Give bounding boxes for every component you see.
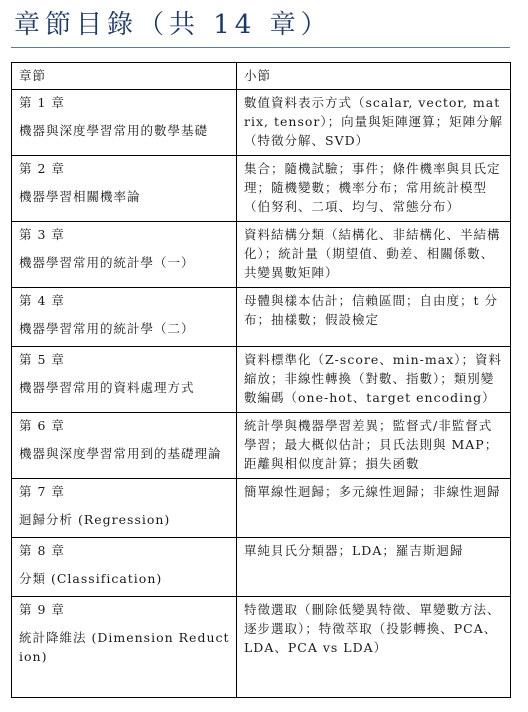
table-header-row: 章節 小節 (12, 63, 511, 90)
header-sections: 小節 (237, 63, 511, 90)
table-row: 第 7 章 迴歸分析 (Regression) 簡單線性迴歸；多元線性迴歸；非線… (12, 479, 511, 538)
chapter-number: 第 9 章 (19, 600, 230, 619)
chapter-number: 第 4 章 (19, 291, 230, 310)
chapter-title: 統計降維法 (Dimension Reduction) (19, 628, 230, 666)
chapter-cell: 第 8 章 分類 (Classification) (12, 538, 237, 597)
chapter-title: 機器學習相關機率論 (19, 187, 230, 206)
sections-cell: 統計學與機器學習差異；監督式/非監督式學習；最大概似估計；貝氏法則與 MAP；距… (237, 413, 511, 479)
sections-cell: 資料標準化（Z-score、min-max）；資料縮放；非線性轉換（對數、指數）… (237, 347, 511, 413)
chapter-title: 機器學習常用的統計學（一） (19, 253, 230, 272)
chapter-cell: 第 7 章 迴歸分析 (Regression) (12, 479, 237, 538)
table-row: 第 3 章 機器學習常用的統計學（一） 資料結構分類（結構化、非結構化、半結構化… (12, 222, 511, 288)
title-divider (11, 47, 510, 48)
chapter-number: 第 2 章 (19, 159, 230, 178)
chapter-number: 第 3 章 (19, 225, 230, 244)
table-row: 第 9 章 統計降維法 (Dimension Reduction) 特徵選取（刪… (12, 597, 511, 698)
chapter-cell: 第 2 章 機器學習相關機率論 (12, 156, 237, 222)
chapter-title: 機器與深度學習常用到的基礎理論 (19, 444, 230, 463)
chapter-cell: 第 1 章 機器與深度學習常用的數學基礎 (12, 90, 237, 156)
table-row: 第 1 章 機器與深度學習常用的數學基礎 數值資料表示方式（scalar, ve… (12, 90, 511, 156)
table-row: 第 8 章 分類 (Classification) 單純貝氏分類器；LDA；羅吉… (12, 538, 511, 597)
chapter-title: 迴歸分析 (Regression) (19, 510, 230, 529)
chapter-number: 第 1 章 (19, 93, 230, 112)
chapter-number: 第 7 章 (19, 482, 230, 501)
page-title: 章節目錄（共 14 章） (14, 8, 332, 42)
chapter-cell: 第 4 章 機器學習常用的統計學（二） (12, 288, 237, 347)
chapter-title: 機器學習常用的資料處理方式 (19, 378, 230, 397)
sections-cell: 單純貝氏分類器；LDA；羅吉斯迴歸 (237, 538, 511, 597)
table-row: 第 2 章 機器學習相關機率論 集合；隨機試驗；事件；條件機率與貝氏定理；隨機變… (12, 156, 511, 222)
table-row: 第 6 章 機器與深度學習常用到的基礎理論 統計學與機器學習差異；監督式/非監督… (12, 413, 511, 479)
sections-cell: 特徵選取（刪除低變異特徵、單變數方法、逐步選取）；特徵萃取（投影轉換、PCA、L… (237, 597, 511, 698)
chapter-number: 第 5 章 (19, 350, 230, 369)
chapter-cell: 第 5 章 機器學習常用的資料處理方式 (12, 347, 237, 413)
chapter-title: 機器學習常用的統計學（二） (19, 319, 230, 338)
table-row: 第 5 章 機器學習常用的資料處理方式 資料標準化（Z-score、min-ma… (12, 347, 511, 413)
chapter-title: 分類 (Classification) (19, 569, 230, 588)
sections-cell: 資料結構分類（結構化、非結構化、半結構化）；統計量（期望值、動差、相關係數、共變… (237, 222, 511, 288)
table-row: 第 4 章 機器學習常用的統計學（二） 母體與樣本估計；信賴區間；自由度；t 分… (12, 288, 511, 347)
sections-cell: 簡單線性迴歸；多元線性迴歸；非線性迴歸 (237, 479, 511, 538)
chapter-cell: 第 6 章 機器與深度學習常用到的基礎理論 (12, 413, 237, 479)
sections-cell: 母體與樣本估計；信賴區間；自由度；t 分布；抽樣數；假設檢定 (237, 288, 511, 347)
sections-cell: 數值資料表示方式（scalar, vector, matrix, tensor）… (237, 90, 511, 156)
chapter-number: 第 8 章 (19, 541, 230, 560)
sections-cell: 集合；隨機試驗；事件；條件機率與貝氏定理；隨機變數；機率分布；常用統計模型（伯努… (237, 156, 511, 222)
chapter-title: 機器與深度學習常用的數學基礎 (19, 121, 230, 140)
chapter-cell: 第 3 章 機器學習常用的統計學（一） (12, 222, 237, 288)
chapter-cell: 第 9 章 統計降維法 (Dimension Reduction) (12, 597, 237, 698)
chapter-number: 第 6 章 (19, 416, 230, 435)
header-chapter: 章節 (12, 63, 237, 90)
chapter-table: 章節 小節 第 1 章 機器與深度學習常用的數學基礎 數值資料表示方式（scal… (11, 62, 511, 698)
